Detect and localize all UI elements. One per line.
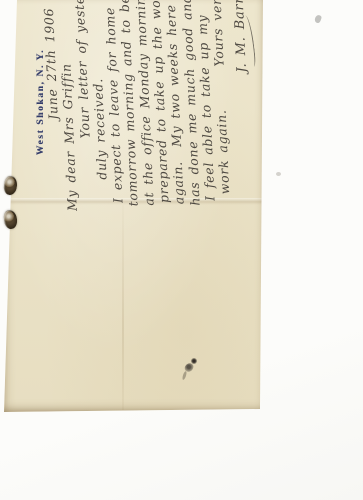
letter-scan: West Shokan, N. Y. June 27th 1906 My dea… (0, 0, 363, 500)
handwriting-block: June 27th 1906 My dear Mrs Griffin Your … (41, 0, 261, 216)
dust-speck (276, 172, 281, 176)
dust-speck (314, 14, 322, 24)
letter-content: West Shokan, N. Y. June 27th 1906 My dea… (12, 6, 262, 216)
letter-paper: West Shokan, N. Y. June 27th 1906 My dea… (4, 0, 264, 413)
vertical-crease (122, 205, 124, 410)
